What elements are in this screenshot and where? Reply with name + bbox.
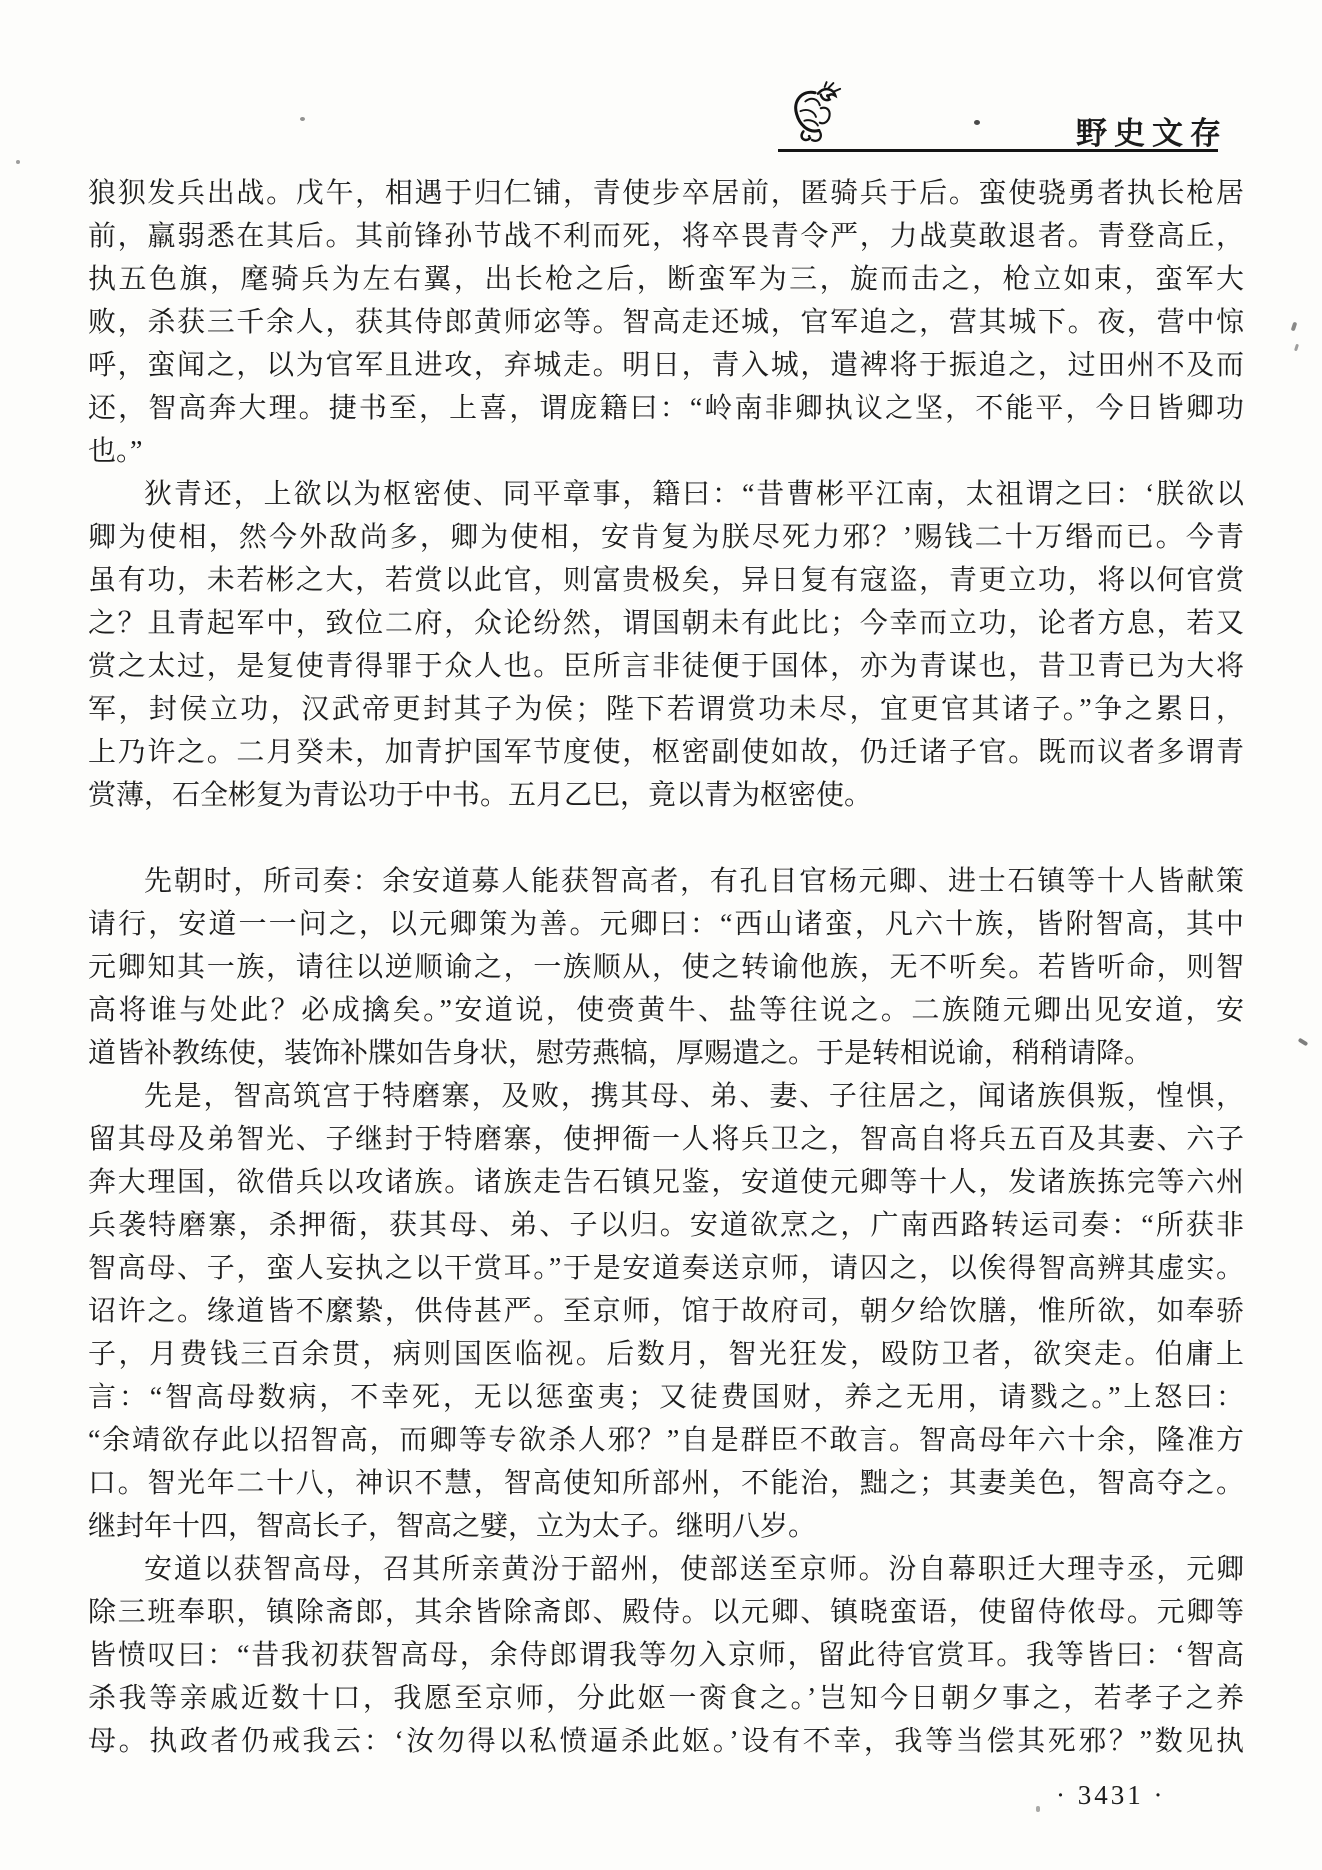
text-line: 除三班奉职，镇除斋郎，其余皆除斋郎、殿侍。以元卿、镇晓蛮语，使留侍侬母。元卿等 <box>88 1591 1244 1634</box>
text-line: 赏之太过，是复使青得罪于众人也。臣所言非徒便于国体，亦为青谋也，昔卫青已为大将 <box>88 645 1244 688</box>
text-line: 之？且青起军中，致位二府，众论纷然，谓国朝未有此比；今幸而立功，论者方息，若又 <box>88 602 1244 645</box>
scan-speck <box>1294 344 1299 352</box>
text-line: 留其母及弟智光、子继封于特磨寨，使押衙一人将兵卫之，智高自将兵五百及其妻、六子 <box>88 1118 1244 1161</box>
text-line: 败，杀获三千余人，获其侍郎黄师宓等。智高走还城，官军追之，营其城下。夜，营中惊 <box>88 301 1244 344</box>
text-line: 诏许之。缘道皆不縻絷，供侍甚严。至京师，馆于故府司，朝夕给饮膳，惟所欲，如奉骄 <box>88 1290 1244 1333</box>
text-line: 卿为使相，然今外敌尚多，卿为使相，安肯复为朕尽死力邪？’赐钱二十万缗而已。今青 <box>88 516 1244 559</box>
scan-speck <box>1036 1806 1040 1812</box>
paragraph: 先朝时，所司奏：余安道募人能获智高者，有孔目官杨元卿、进士石镇等十人皆献策请行，… <box>88 860 1244 1075</box>
text-line: 上乃许之。二月癸未，加青护国军节度使，枢密副使如故，仍迁诸子官。既而议者多谓青 <box>88 731 1244 774</box>
text-line: 前，羸弱悉在其后。其前锋孙节战不利而死，将卒畏青令严，力战莫敢退者。青登高丘， <box>88 215 1244 258</box>
text-line: 皆愤叹曰：“昔我初获智高母，余侍郎谓我等勿入京师，留此待官赏耳。我等皆曰：‘智高 <box>88 1634 1244 1677</box>
text-line: 请行，安道一一问之，以元卿策为善。元卿曰：“西山诸蛮，凡六十族，皆附智高，其中 <box>88 903 1244 946</box>
text-line: 奔大理国，欲借兵以攻诸族。诸族走告石镇兄鉴，安道使元卿等十人，发诸族拣完等六州 <box>88 1161 1244 1204</box>
text-line: 还，智高奔大理。捷书至，上喜，谓庞籍曰：“岭南非卿执议之坚，不能平，今日皆卿功 <box>88 387 1244 430</box>
scan-speck <box>300 117 305 121</box>
text-line: 口。智光年二十八，神识不慧，智高使知所部州，不能治，黜之；其妻美色，智高夺之。 <box>88 1462 1244 1505</box>
text-line: 安道以获智高母，召其所亲黄汾于韶州，使部送至京师。汾自幕职迁大理寺丞，元卿 <box>88 1548 1244 1591</box>
body-text: 狼狈发兵出战。戊午，相遇于归仁铺，青使步卒居前，匿骑兵于后。蛮使骁勇者执长枪居前… <box>88 172 1244 1763</box>
text-line: 狼狈发兵出战。戊午，相遇于归仁铺，青使步卒居前，匿骑兵于后。蛮使骁勇者执长枪居 <box>88 172 1244 215</box>
paragraph: 狼狈发兵出战。戊午，相遇于归仁铺，青使步卒居前，匿骑兵于后。蛮使骁勇者执长枪居前… <box>88 172 1244 473</box>
text-line: 元卿知其一族，请往以逆顺谕之，一族顺从，使之转谕他族，无不听矣。若皆听命，则智 <box>88 946 1244 989</box>
scan-speck <box>974 120 980 125</box>
scan-speck <box>1298 1038 1309 1047</box>
text-line: “余靖欲存此以招智高，而卿等专欲杀人邪？”自是群臣不敢言。智高母年六十余，隆准方 <box>88 1419 1244 1462</box>
text-line: 赏薄，石全彬复为青讼功于中书。五月乙巳，竟以青为枢密使。 <box>88 774 1244 817</box>
text-line: 言：“智高母数病，不幸死，无以惩蛮夷；又徒费国财，养之无用，请戮之。”上怒曰： <box>88 1376 1244 1419</box>
paragraph: 狄青还，上欲以为枢密使、同平章事，籍曰：“昔曹彬平江南，太祖谓之曰：‘朕欲以卿为… <box>88 473 1244 817</box>
text-line: 杀我等亲戚近数十口，我愿至京师，分此妪一脔食之。’岂知今日朝夕事之，若孝子之养 <box>88 1677 1244 1720</box>
document-page: 野史文存 狼狈发兵出战。戊午，相遇于归仁铺，青使步卒居前，匿骑兵于后。蛮使骁勇者… <box>0 0 1322 1870</box>
text-line: 母。执政者仍戒我云：‘汝勿得以私愤逼杀此妪。’设有不幸，我等当偿其死邪？”数见执 <box>88 1720 1244 1763</box>
paragraph: 先是，智高筑宫于特磨寨，及败，携其母、弟、妻、子往居之，闻诸族俱叛，惶惧，留其母… <box>88 1075 1244 1548</box>
text-line: 子，月费钱三百余贯，病则国医临视。后数月，智光狂发，殴防卫者，欲突走。伯庸上 <box>88 1333 1244 1376</box>
text-line: 高将谁与处此？必成擒矣。”安道说，使赍黄牛、盐等往说之。二族随元卿出见安道，安 <box>88 989 1244 1032</box>
scan-speck <box>16 160 20 164</box>
header-rule <box>778 149 1218 152</box>
text-line: 执五色旗，麾骑兵为左右翼，出长枪之后，断蛮军为三，旋而击之，枪立如束，蛮军大 <box>88 258 1244 301</box>
scan-speck <box>1291 322 1298 332</box>
text-line: 也。” <box>88 430 1244 473</box>
text-line: 兵袭特磨寨，杀押衙，获其母、弟、子以归。安道欲烹之，广南西路转运司奏：“所获非 <box>88 1204 1244 1247</box>
text-line: 呼，蛮闻之，以为官军且进攻，弃城走。明日，青入城，遣裨将于振追之，过田州不及而 <box>88 344 1244 387</box>
text-line: 道皆补教练使，装饰补牒如告身状，慰劳燕犒，厚赐遣之。于是转相说谕，稍稍请降。 <box>88 1032 1244 1075</box>
dragon-emblem-icon <box>786 80 844 148</box>
text-line: 先朝时，所司奏：余安道募人能获智高者，有孔目官杨元卿、进士石镇等十人皆献策 <box>88 860 1244 903</box>
paragraph: 安道以获智高母，召其所亲黄汾于韶州，使部送至京师。汾自幕职迁大理寺丞，元卿除三班… <box>88 1548 1244 1763</box>
header-title: 野史文存 <box>1076 108 1228 153</box>
text-line: 狄青还，上欲以为枢密使、同平章事，籍曰：“昔曹彬平江南，太祖谓之曰：‘朕欲以 <box>88 473 1244 516</box>
text-line: 军，封侯立功，汉武帝更封其子为侯；陛下若谓赏功未尽，宜更官其诸子。”争之累日， <box>88 688 1244 731</box>
text-line: 智高母、子，蛮人妄执之以干赏耳。”于是安道奏送京师，请囚之，以俟得智高辨其虚实。 <box>88 1247 1244 1290</box>
text-line: 虽有功，未若彬之大，若赏以此官，则富贵极矣，异日复有寇盗，青更立功，将以何官赏 <box>88 559 1244 602</box>
text-line: 继封年十四，智高长子，智高之嬖，立为太子。继明八岁。 <box>88 1505 1244 1548</box>
page-number: · 3431 · <box>1056 1780 1165 1811</box>
text-line: 先是，智高筑宫于特磨寨，及败，携其母、弟、妻、子往居之，闻诸族俱叛，惶惧， <box>88 1075 1244 1118</box>
